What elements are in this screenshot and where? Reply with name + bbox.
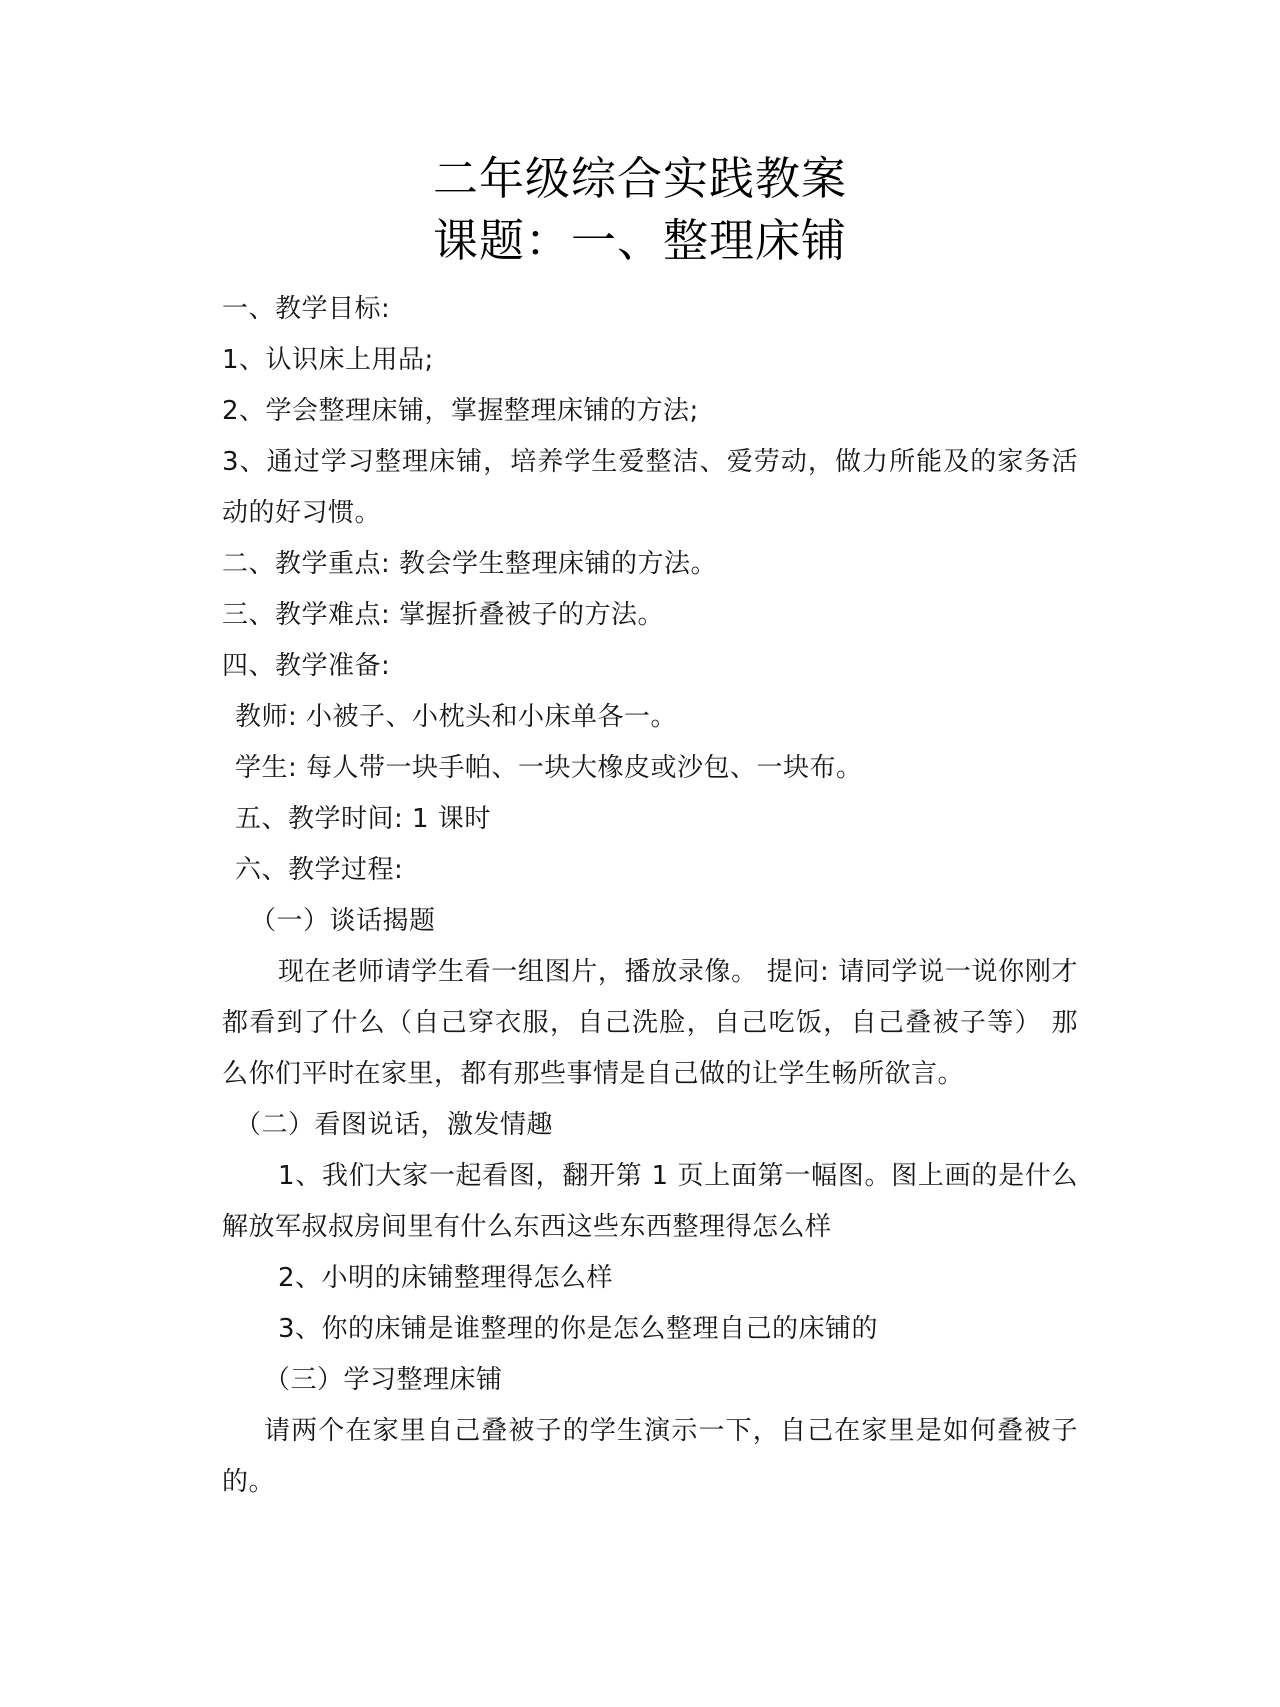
objective-item: 1、认识床上用品;	[222, 335, 1078, 386]
part2-heading: （二）看图说话，激发情趣	[222, 1100, 1078, 1151]
part3-heading: （三）学习整理床铺	[222, 1355, 1078, 1406]
process-heading: 六、教学过程:	[222, 845, 1078, 896]
objective-item: 2、学会整理床铺，掌握整理床铺的方法;	[222, 386, 1078, 437]
preparation-student: 学生: 每人带一块手帕、一块大橡皮或沙包、一块布。	[222, 743, 1078, 794]
part2-item: 2、小明的床铺整理得怎么样	[222, 1253, 1078, 1304]
lesson-topic: 课题：一、整理床铺	[0, 210, 1280, 272]
part2-item: 3、你的床铺是谁整理的你是怎么整理自己的床铺的	[222, 1304, 1078, 1355]
preparation-heading: 四、教学准备:	[222, 641, 1078, 692]
document-page: 二年级综合实践教案 课题：一、整理床铺 一、教学目标: 1、认识床上用品; 2、…	[0, 0, 1280, 1707]
key-point: 二、教学重点: 教会学生整理床铺的方法。	[222, 539, 1078, 590]
part3-body: 请两个在家里自己叠被子的学生演示一下，自己在家里是如何叠被子的。	[222, 1406, 1078, 1508]
teaching-time: 五、教学时间: 1 课时	[222, 794, 1078, 845]
difficulty: 三、教学难点: 掌握折叠被子的方法。	[222, 590, 1078, 641]
part1-heading: （一）谈话揭题	[222, 896, 1078, 947]
preparation-teacher: 教师: 小被子、小枕头和小床单各一。	[222, 692, 1078, 743]
title-block: 二年级综合实践教案 课题：一、整理床铺	[0, 148, 1280, 272]
objective-item: 3、通过学习整理床铺，培养学生爱整洁、爱劳动，做力所能及的家务活动的好习惯。	[222, 437, 1078, 539]
document-title: 二年级综合实践教案	[0, 148, 1280, 210]
document-body: 一、教学目标: 1、认识床上用品; 2、学会整理床铺，掌握整理床铺的方法; 3、…	[222, 284, 1078, 1508]
part1-body: 现在老师请学生看一组图片，播放录像。 提问: 请同学说一说你刚才都看到了什么（自…	[222, 947, 1078, 1100]
objectives-heading: 一、教学目标:	[222, 284, 1078, 335]
part2-item: 1、我们大家一起看图，翻开第 1 页上面第一幅图。图上画的是什么解放军叔叔房间里…	[222, 1151, 1078, 1253]
